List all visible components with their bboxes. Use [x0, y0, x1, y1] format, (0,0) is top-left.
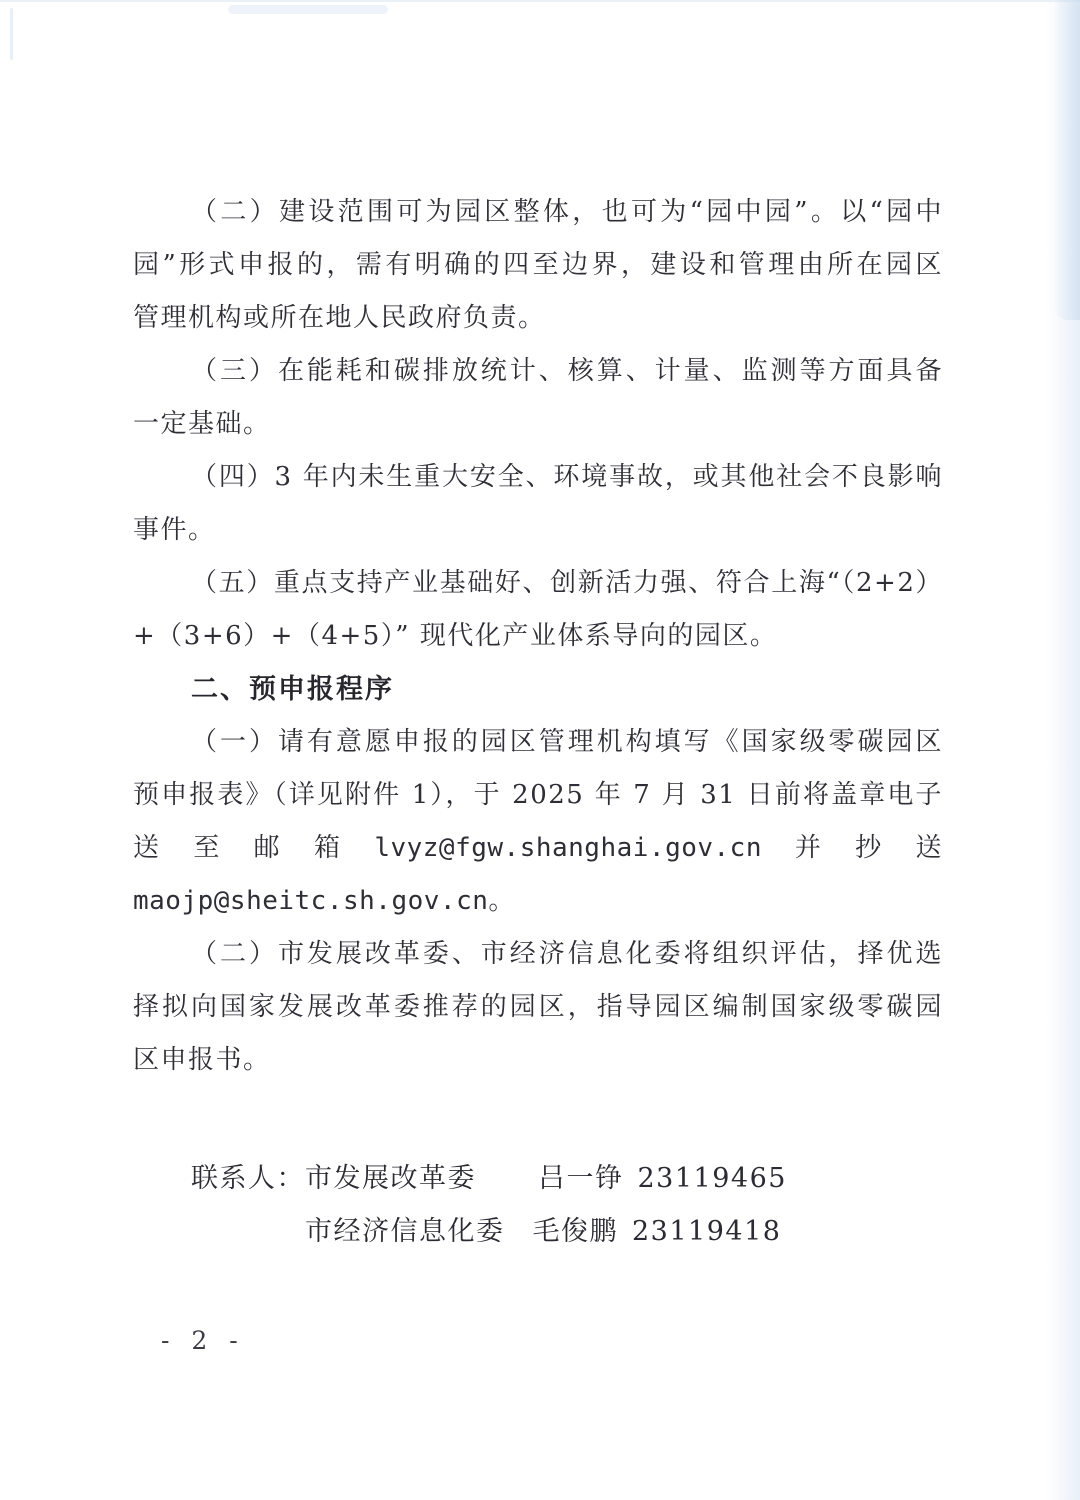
- body-line: （四）3 年内未生重大安全、环境事故，或其他社会不良影响: [133, 451, 943, 504]
- body-line: （二）市发展改革委、市经济信息化委将组织评估，择优选: [133, 928, 943, 981]
- body-text: 送: [133, 822, 161, 875]
- body-text: 并: [795, 822, 823, 875]
- body-text: 抄: [855, 822, 883, 875]
- contact-name: 毛俊鹏: [533, 1205, 619, 1258]
- body-line-justified-email: 送 至 邮 箱 lvyz@fgw.shanghai.gov.cn 并 抄 送: [133, 822, 943, 875]
- contact-phone: 23119418: [632, 1205, 781, 1258]
- body-line: 管理机构或所在地人民政府负责。: [133, 292, 943, 345]
- body-text: 箱: [314, 822, 342, 875]
- body-line: 区申报书。: [133, 1034, 943, 1087]
- email-address: maojp@sheitc.sh.gov.cn: [133, 886, 488, 916]
- contact-org: 市发展改革委: [305, 1152, 476, 1205]
- body-line: 预申报表》（详见附件 1），于 2025 年 7 月 31 日前将盖章电子版发: [133, 769, 943, 822]
- section-heading: 二、预申报程序: [133, 663, 943, 716]
- scan-artifact-left-dash: [10, 8, 13, 60]
- contact-block: 联系人：市发展改革委吕一铮23119465 市经济信息化委毛俊鹏23119418: [133, 1152, 943, 1258]
- document-body: （二）建设范围可为园区整体，也可为“园中园”。以“园中 园”形式申报的，需有明确…: [133, 186, 943, 1258]
- body-text: 邮: [254, 822, 282, 875]
- scan-artifact-top-smudge: [228, 5, 388, 14]
- body-line: （五）重点支持产业基础好、创新活力强、符合上海“（2+2）: [133, 557, 943, 610]
- contact-row: 市经济信息化委毛俊鹏23119418: [133, 1205, 943, 1258]
- page-number: - 2 -: [161, 1326, 245, 1355]
- body-text: 送: [915, 822, 943, 875]
- contact-label: 联系人：: [191, 1152, 305, 1205]
- body-line: （三）在能耗和碳排放统计、核算、计量、监测等方面具备: [133, 345, 943, 398]
- body-text: 。: [488, 886, 516, 916]
- contact-name: 吕一铮: [538, 1152, 624, 1205]
- scan-artifact-right-edge-band-top: [1054, 0, 1080, 320]
- body-line-email: maojp@sheitc.sh.gov.cn。: [133, 875, 943, 928]
- body-line: 园”形式申报的，需有明确的四至边界，建设和管理由所在园区: [133, 239, 943, 292]
- body-line: 事件。: [133, 504, 943, 557]
- contact-row: 联系人：市发展改革委吕一铮23119465: [133, 1152, 943, 1205]
- body-line: 一定基础。: [133, 398, 943, 451]
- body-line: +（3+6）+（4+5）” 现代化产业体系导向的园区。: [133, 610, 943, 663]
- body-line: 择拟向国家发展改革委推荐的园区，指导园区编制国家级零碳园: [133, 981, 943, 1034]
- document-page: （二）建设范围可为园区整体，也可为“园中园”。以“园中 园”形式申报的，需有明确…: [0, 0, 1080, 1500]
- scan-artifact-top-line: [0, 0, 1080, 2]
- body-text: 至: [193, 822, 221, 875]
- contact-org: 市经济信息化委: [305, 1205, 505, 1258]
- email-address: lvyz@fgw.shanghai.gov.cn: [374, 822, 762, 875]
- contact-phone: 23119465: [638, 1152, 787, 1205]
- body-line: （一）请有意愿申报的园区管理机构填写《国家级零碳园区: [133, 716, 943, 769]
- body-line: （二）建设范围可为园区整体，也可为“园中园”。以“园中: [133, 186, 943, 239]
